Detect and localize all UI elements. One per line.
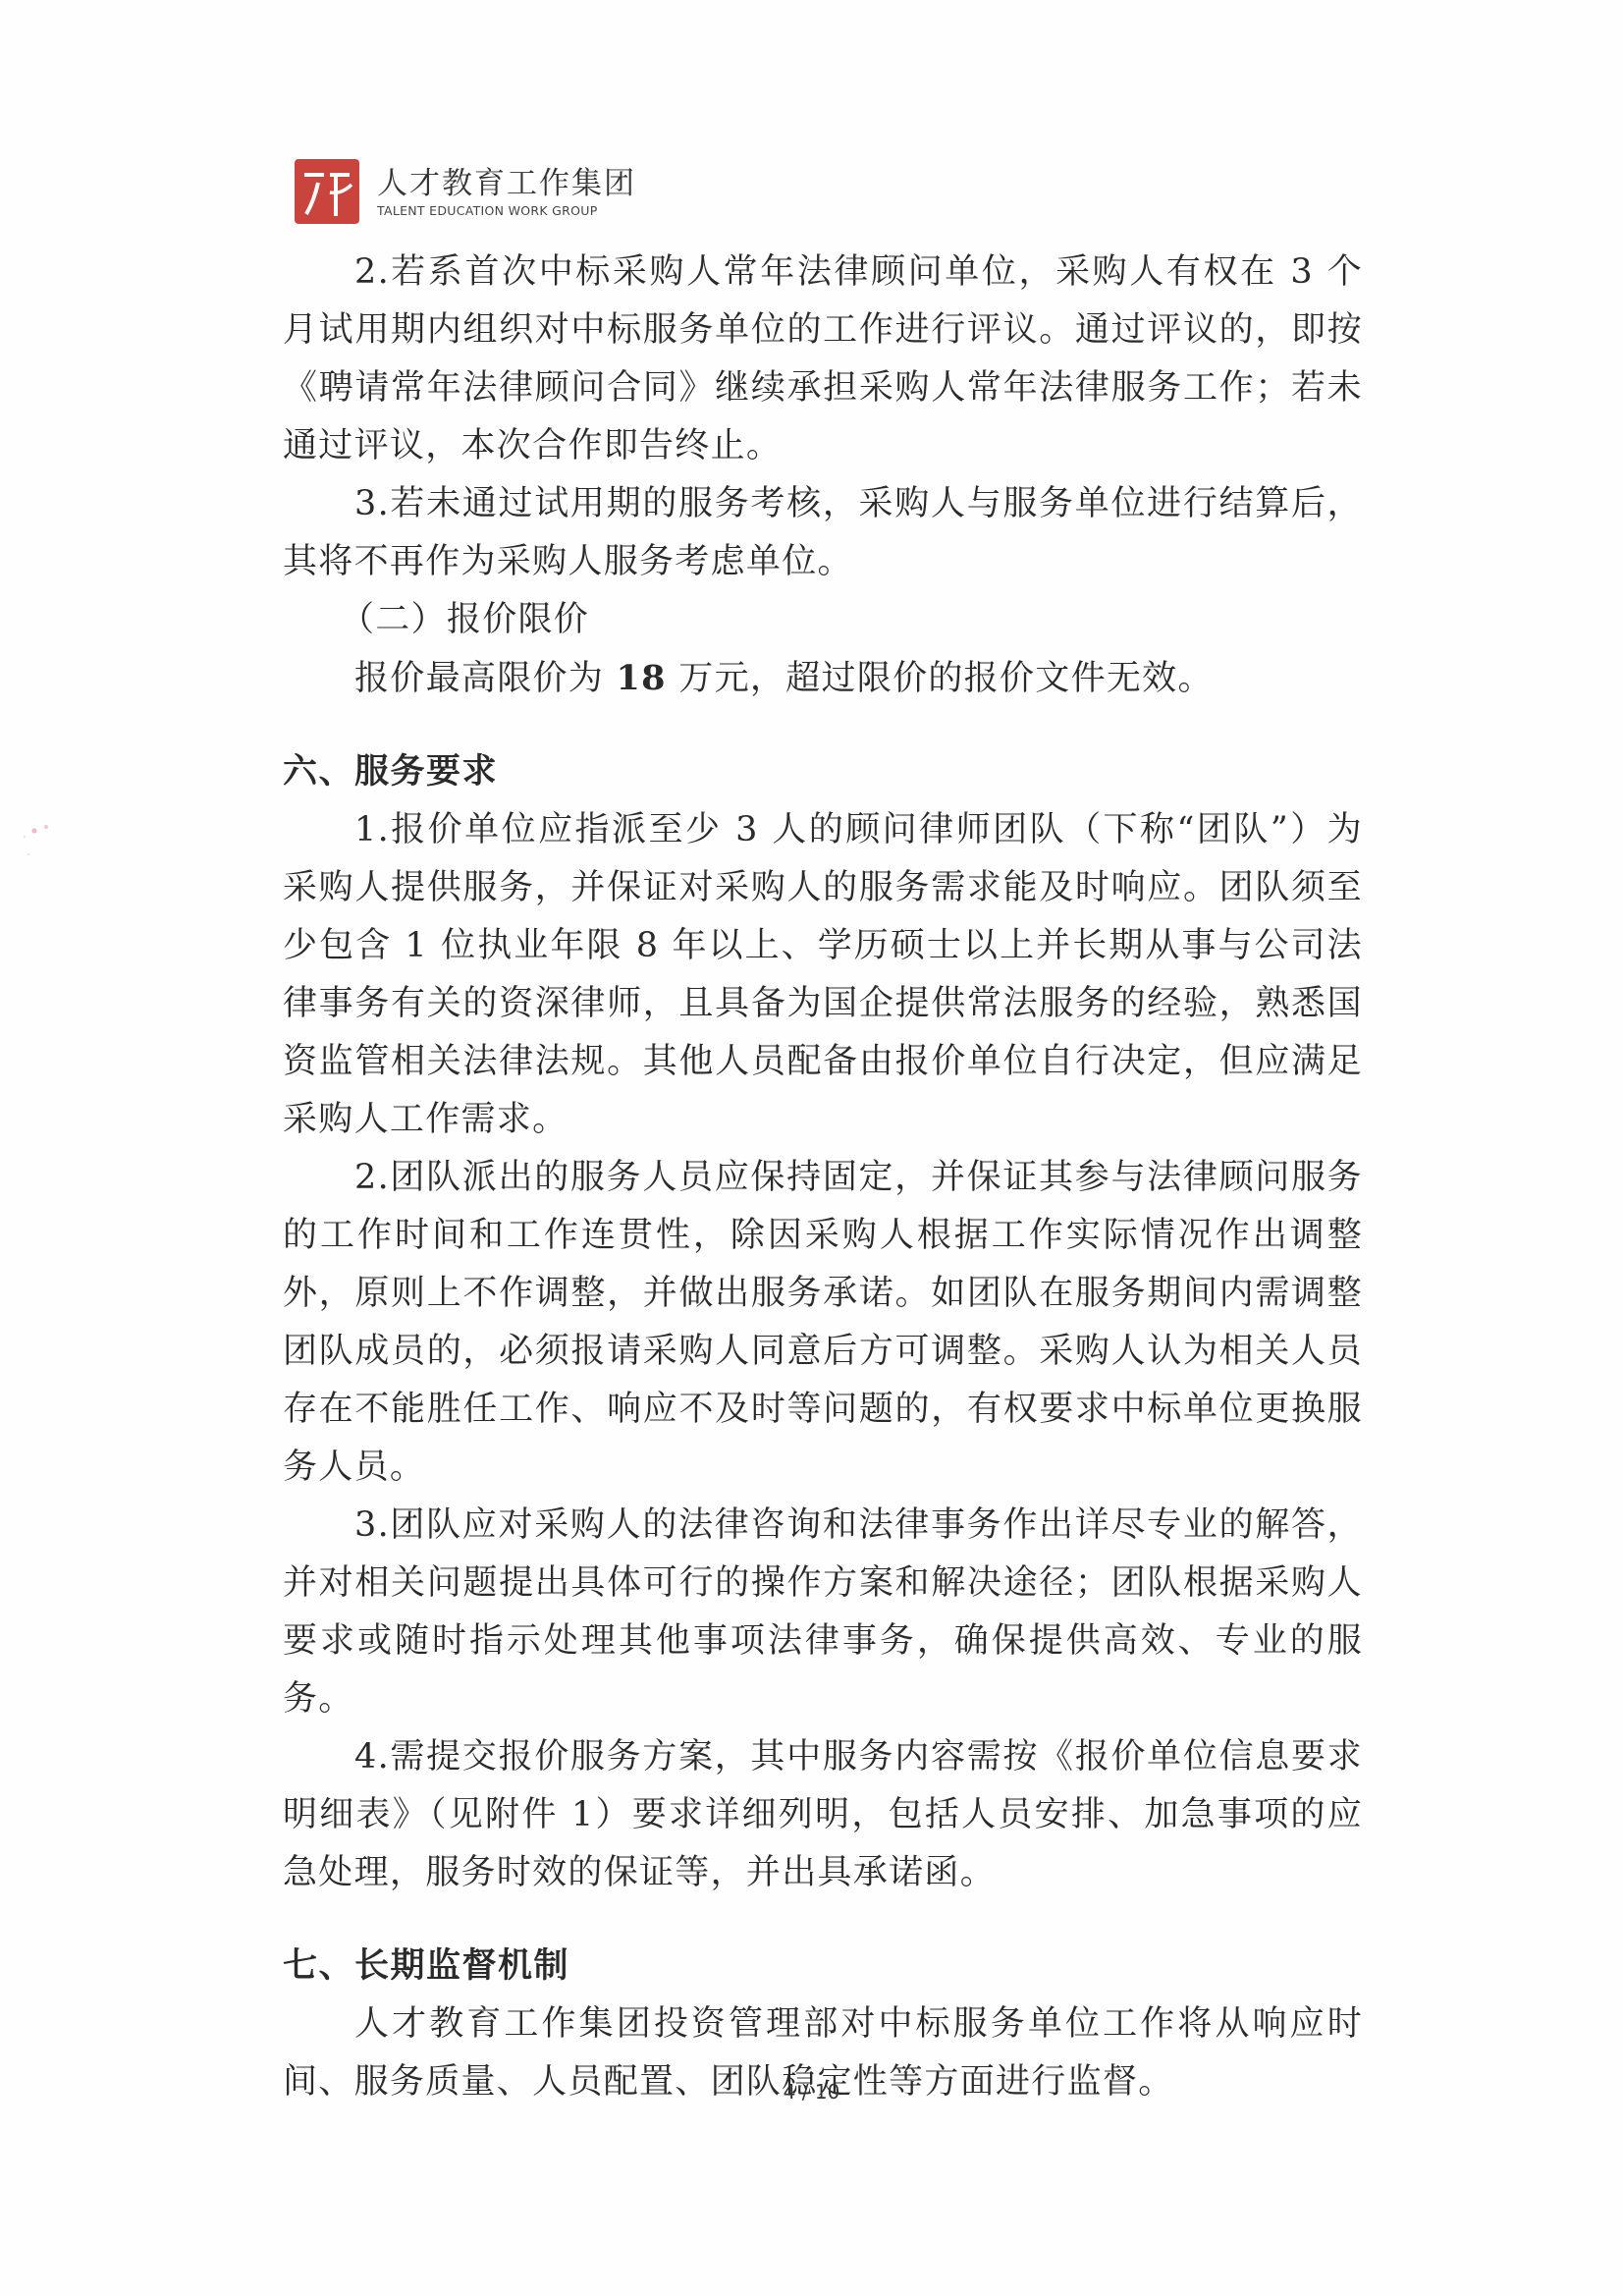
document-page: 人才教育工作集团 TALENT EDUCATION WORK GROUP 2.若… xyxy=(0,0,1623,2296)
paragraph-team-stability: 2.团队派出的服务人员应保持固定，并保证其参与法律顾问服务的工作时间和工作连贯性… xyxy=(283,1149,1363,1497)
subheading-price-limit: （二）报价限价 xyxy=(283,591,1363,649)
paragraph-trial-period-review: 2.若系首次中标采购人常年法律顾问单位，采购人有权在 3 个月试用期内组织对中标… xyxy=(283,244,1363,475)
price-limit-text-after: 万元，超过限价的报价文件无效。 xyxy=(667,659,1214,698)
section-7-heading: 七、长期监督机制 xyxy=(283,1938,1363,1995)
page-number: 4 / 10 xyxy=(0,2080,1623,2104)
paragraph-service-plan: 4.需提交报价服务方案，其中服务内容需按《报价单位信息要求明细表》（见附件 1）… xyxy=(283,1728,1363,1902)
company-name-en: TALENT EDUCATION WORK GROUP xyxy=(377,203,636,218)
paragraph-trial-failure: 3.若未通过试用期的服务考核，采购人与服务单位进行结算后，其将不再作为采购人服务… xyxy=(283,475,1363,591)
scan-artifact xyxy=(15,815,54,874)
company-name-cn: 人才教育工作集团 xyxy=(377,166,636,201)
section-gap xyxy=(283,708,1363,743)
price-limit-text-before: 报价最高限价为 xyxy=(354,659,617,698)
paragraph-team-composition: 1.报价单位应指派至少 3 人的顾问律师团队（下称“团队”）为采购人提供服务，并… xyxy=(283,801,1363,1149)
letterhead: 人才教育工作集团 TALENT EDUCATION WORK GROUP xyxy=(295,157,636,226)
paragraph-legal-consultation: 3.团队应对采购人的法律咨询和法律事务作出详尽专业的解答，并对相关问题提出具体可… xyxy=(283,1497,1363,1728)
document-body: 2.若系首次中标采购人常年法律顾问单位，采购人有权在 3 个月试用期内组织对中标… xyxy=(283,244,1363,2111)
paragraph-price-limit: 报价最高限价为 18 万元，超过限价的报价文件无效。 xyxy=(283,649,1363,708)
section-gap xyxy=(283,1902,1363,1938)
company-logo-icon xyxy=(295,159,359,224)
price-limit-amount: 18 xyxy=(617,658,667,698)
company-name: 人才教育工作集团 TALENT EDUCATION WORK GROUP xyxy=(377,166,636,218)
section-6-heading: 六、服务要求 xyxy=(283,743,1363,801)
